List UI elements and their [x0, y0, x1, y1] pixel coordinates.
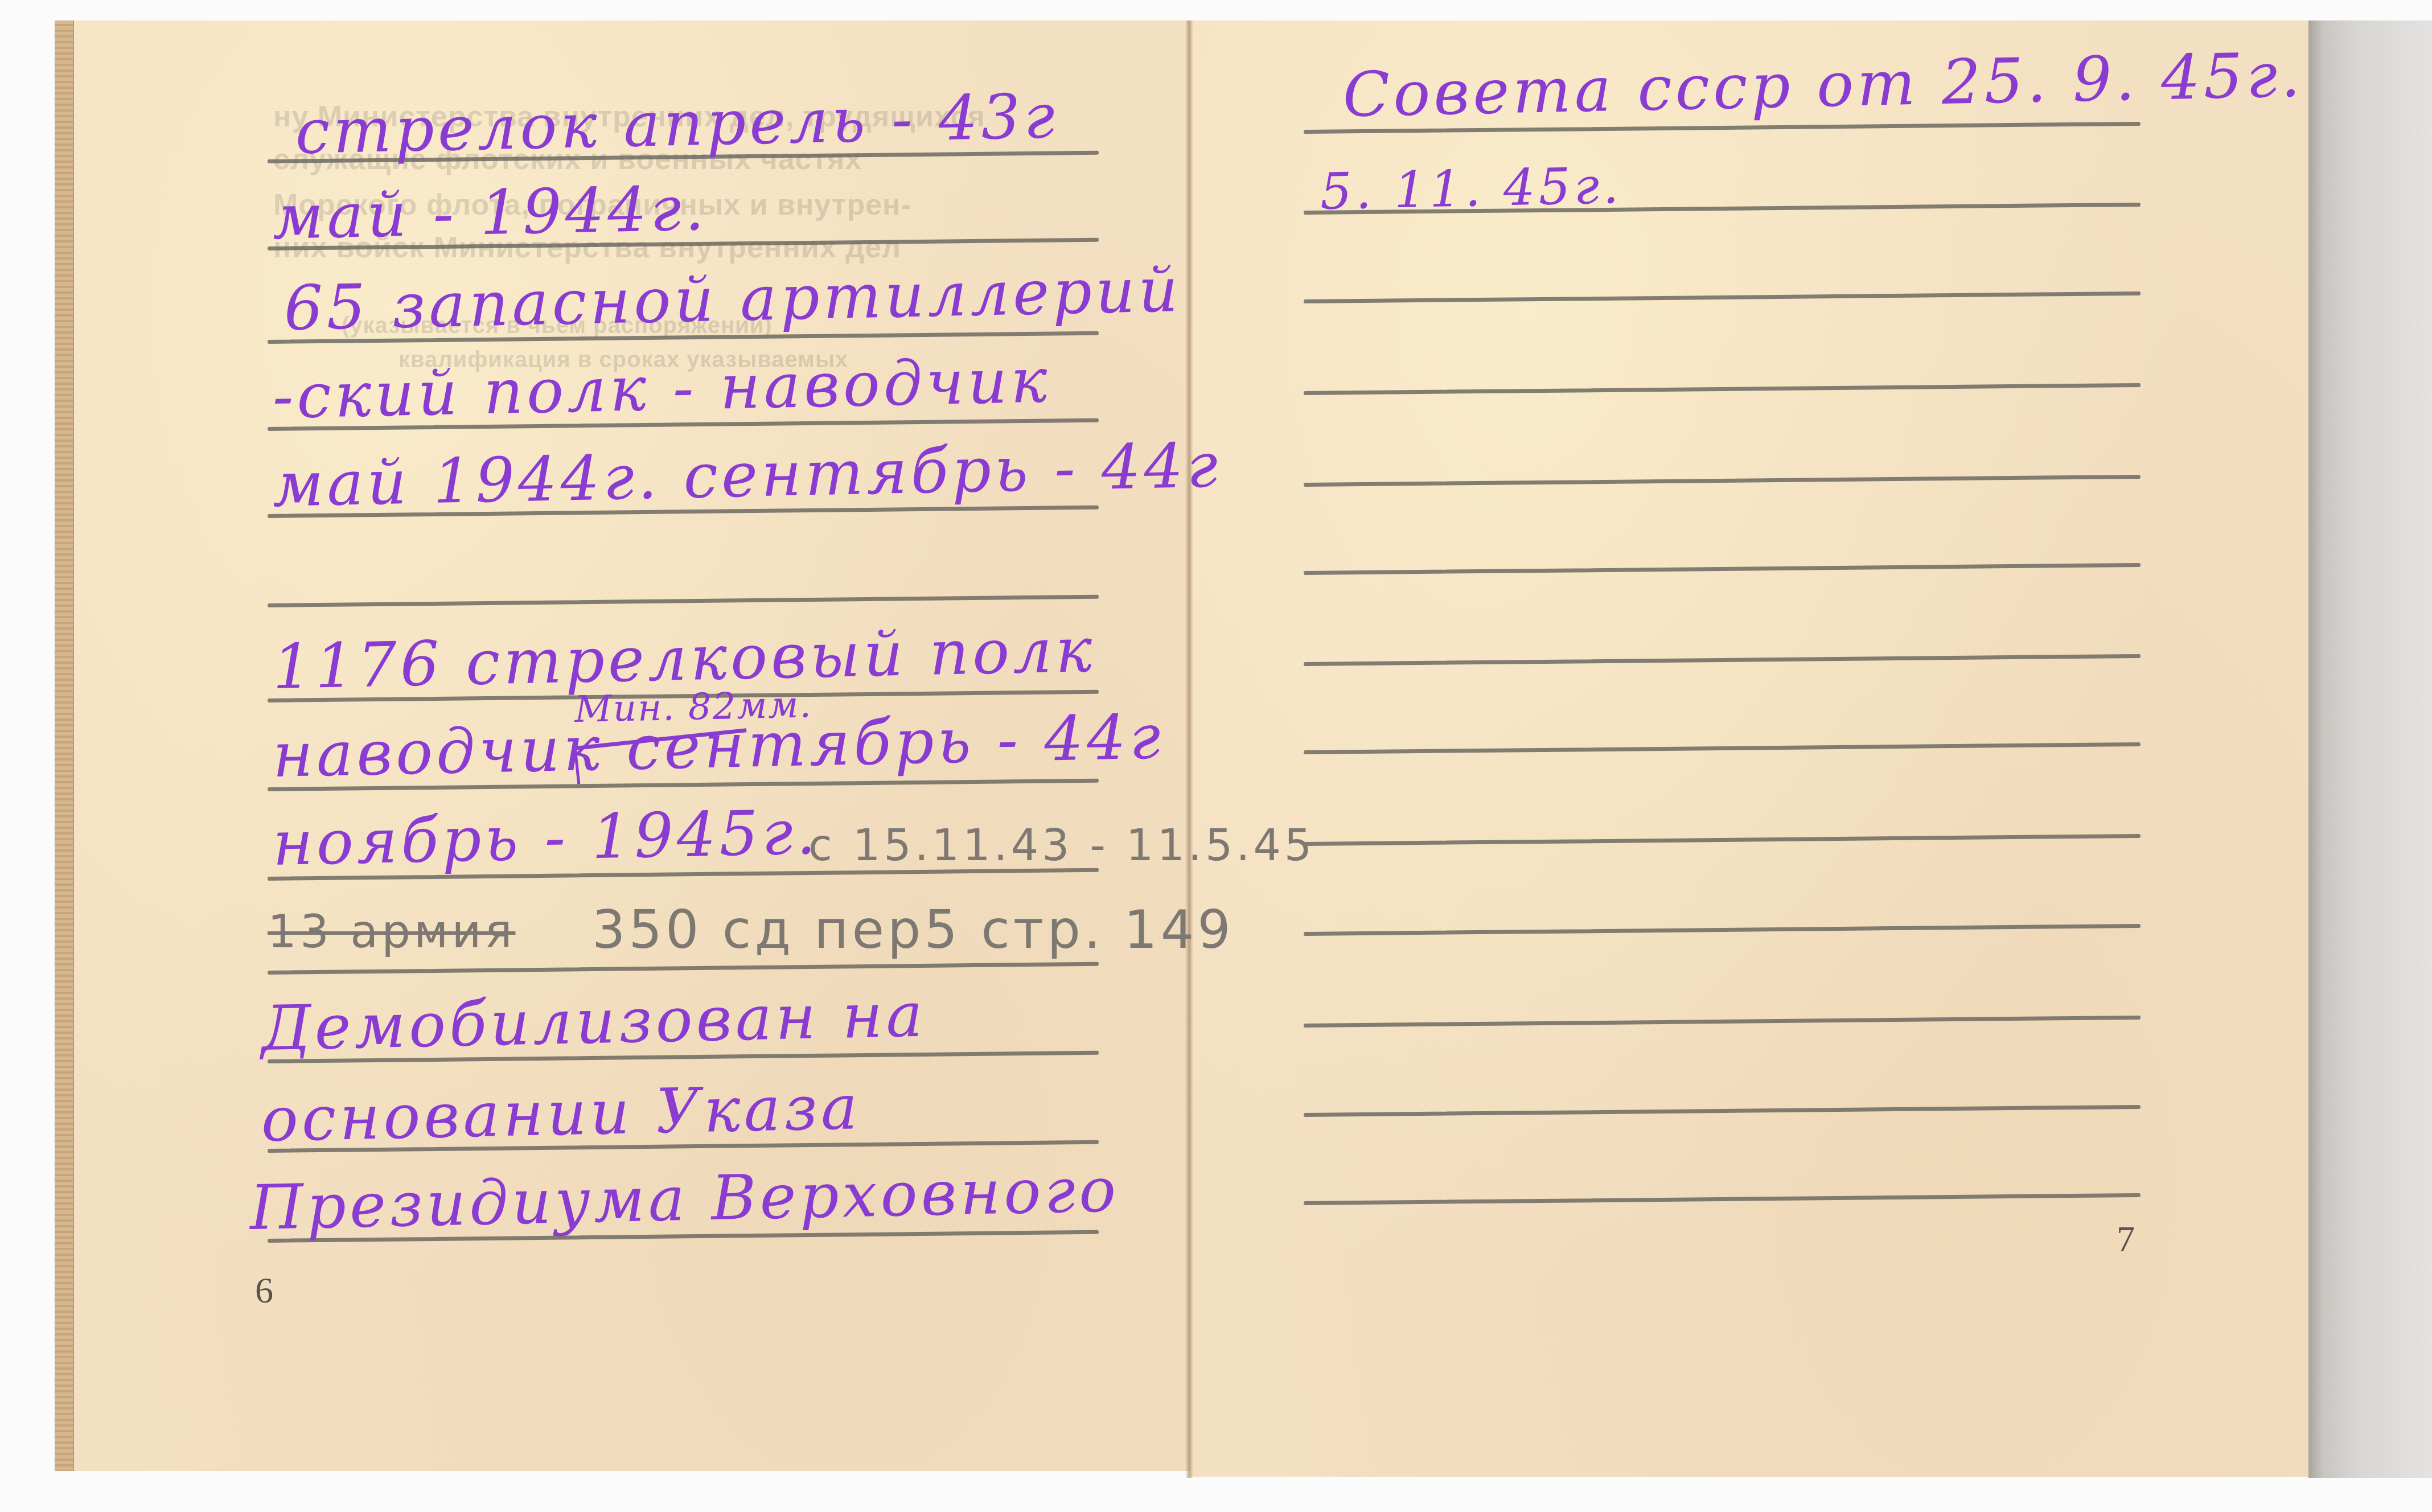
binding-stitch	[55, 20, 74, 1471]
handwritten-right-line-2: 5. 11. 45г.	[1320, 156, 1622, 221]
pencil-struck-army: 13 армия	[268, 905, 516, 958]
page-number-right: 7	[2117, 1218, 2135, 1260]
handwritten-line-9: ноябрь - 1945г.	[272, 797, 820, 880]
pencil-date-range: с 15.11.43 - 11.5.45	[808, 820, 1315, 870]
scanner-background	[2308, 20, 2432, 1478]
pencil-unit-reference: 350 сд пер5 стр. 149	[592, 899, 1234, 960]
page-gutter	[1185, 20, 1193, 1478]
page-number-left: 6	[255, 1269, 273, 1312]
handwritten-line-2: май - 1944г.	[272, 173, 708, 253]
handwritten-line-11: Демобилизован на	[260, 980, 927, 1065]
handwritten-line-12: основании Указа	[260, 1072, 861, 1156]
